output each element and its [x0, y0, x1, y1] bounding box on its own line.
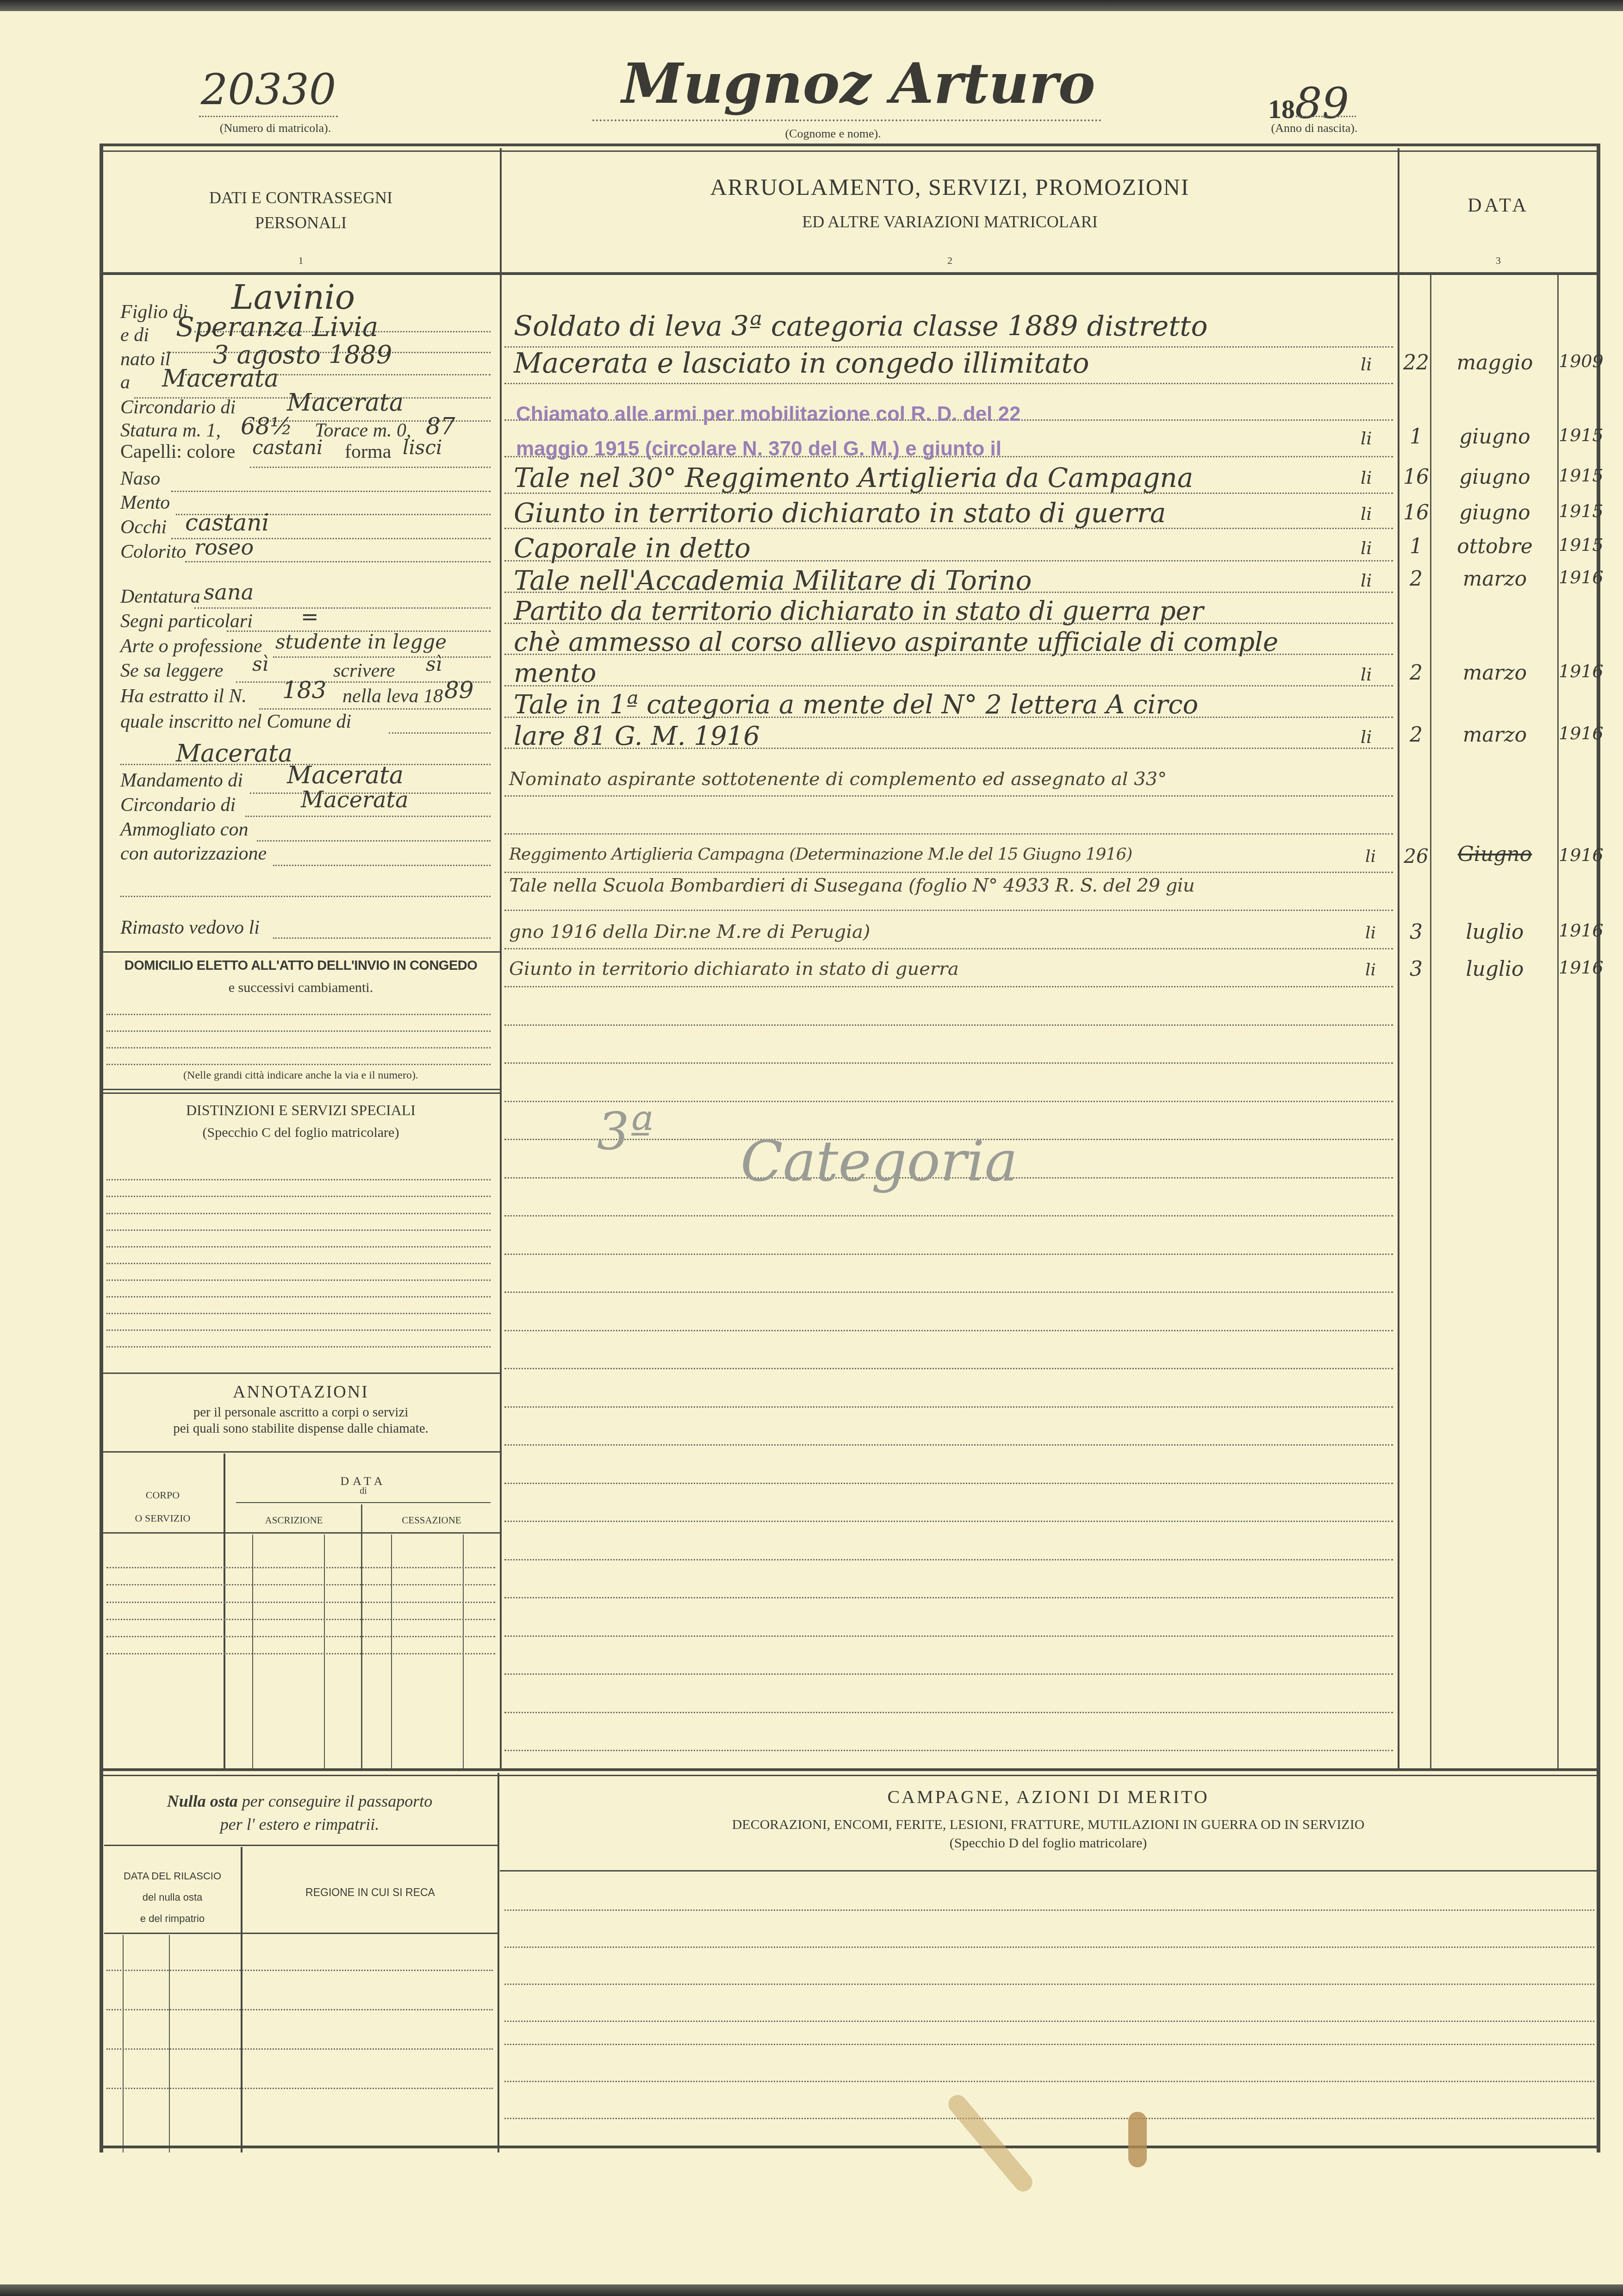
capelli-label: Capelli: colore [120, 441, 235, 463]
entry-text-line: Macerata e lasciato in congedo illimitat… [514, 347, 1089, 380]
entry-day: 2 [1402, 567, 1430, 591]
comune-line-1 [389, 732, 491, 734]
birth-year-suffix: 89 [1295, 79, 1349, 128]
entry-text-line: mento [514, 658, 597, 688]
ces-sub-2 [463, 1535, 464, 1768]
leva-value: 89 [444, 677, 474, 704]
capelli-forma-value: lisci [403, 436, 442, 459]
arte-label: Arte o professione [120, 635, 262, 657]
name-label: (Cognome e nome). [740, 127, 926, 141]
nulla-osta-body-top [104, 1933, 497, 1934]
torace-label: Torace m. 0, [315, 419, 411, 442]
campagne-note: (Specchio D del foglio matricolare) [500, 1835, 1597, 1851]
comune-value: Macerata [176, 740, 292, 767]
campagne-subtitle: DECORAZIONI, ENCOMI, FERITE, LESIONI, FR… [500, 1817, 1597, 1833]
estratto-label: Ha estratto il N. [120, 685, 247, 707]
entry-text-line: gno 1916 della Dir.ne M.re di Perugia) [509, 921, 870, 942]
distinzioni-subtitle: (Specchio C del foglio matricolare) [102, 1125, 500, 1141]
campagne-line-4 [504, 2021, 1594, 2022]
table-top-border [99, 143, 1599, 146]
leggere-label: Se sa leggere [120, 660, 223, 682]
campagne-line-6 [504, 2081, 1594, 2082]
entry-year: 1916 [1559, 845, 1597, 865]
circondario-label: Circondario di [120, 396, 236, 418]
entry-year: 1915 [1559, 465, 1597, 486]
domicilio-title: DOMICILIO ELETTO ALL'ATTO DELL'INVIO IN … [102, 958, 500, 973]
luogo-nascita-value: Macerata [162, 365, 279, 393]
scrivere-value: sì [426, 653, 442, 675]
nulla-osta-line-2 [106, 2009, 493, 2010]
annot-row-line-2 [106, 1584, 495, 1585]
distinzioni-line-8 [106, 1296, 491, 1298]
nulla-osta-header-border [104, 1845, 497, 1846]
mento-label: Mento [120, 492, 170, 514]
annot-row-line-4 [106, 1619, 495, 1620]
entry-year: 1915 [1559, 535, 1597, 555]
soldier-name: Mugnoz Arturo [592, 51, 1125, 116]
matricola-label: (Numero di matricola). [199, 121, 352, 135]
entry-day: 1 [1402, 425, 1430, 449]
estratto-value: 183 [282, 677, 326, 704]
circondario2-label: Circondario di [120, 794, 236, 816]
distinzioni-title: DISTINZIONI E SERVIZI SPECIALI [102, 1102, 500, 1119]
data-rilascio-line1: DATA DEL RILASCIO [104, 1865, 241, 1887]
entry-text-line: lare 81 G. M. 1916 [514, 721, 760, 751]
entry-text-line: Reggimento Artiglieria Campagna (Determi… [509, 845, 1132, 864]
entry-text-line: Caporale in detto [514, 532, 751, 564]
mandamento-label: Mandamento di [120, 769, 243, 792]
entry-day: 22 [1402, 351, 1430, 374]
circondario-value: Macerata [287, 389, 404, 417]
annot-row-line-3 [106, 1602, 495, 1603]
occhi-value: castani [185, 509, 269, 536]
domicilio-subtitle: e successivi cambiamenti. [102, 980, 500, 996]
campagne-line-1 [504, 1909, 1594, 1911]
lower-divider [497, 1773, 499, 2152]
nulla-osta-col-divider [241, 1847, 243, 2152]
birth-year-underline [1296, 116, 1356, 117]
statura-label: Statura m. 1, [120, 419, 221, 442]
entry-day: 2 [1402, 723, 1430, 747]
regione-header: REGIONE IN CUI SI RECA [243, 1886, 497, 1899]
entry-day: 16 [1402, 501, 1430, 524]
e-di-label: e di [120, 324, 149, 346]
colorito-value: roseo [194, 535, 254, 560]
distinzioni-top-border [102, 1089, 500, 1090]
entry-year: 1915 [1559, 501, 1597, 521]
entry-year: 1909 [1559, 351, 1597, 371]
campagne-header-border [500, 1870, 1597, 1872]
stamp-text-line: maggio 1915 (circolare N. 370 del G. M.)… [516, 437, 1001, 461]
domicilio-top-border [102, 951, 500, 953]
entry-li: li [1365, 847, 1376, 866]
entry-text-line: Giunto in territorio dichiarato in stato… [509, 958, 959, 980]
distinzioni-line-3 [106, 1213, 491, 1214]
entry-li: li [1361, 727, 1372, 747]
corpo-line1: CORPO [102, 1484, 224, 1507]
entry-day: 26 [1402, 845, 1430, 867]
campagne-line-5 [504, 2044, 1594, 2045]
entry-text-line: Soldato di leva 3ª categoria classe 1889… [514, 310, 1208, 343]
leggere-value: sì [252, 653, 268, 675]
col1-number: 1 [102, 255, 500, 267]
annotazioni-title: ANNOTAZIONI [102, 1382, 500, 1402]
domicilio-line-2 [106, 1030, 491, 1032]
domicilio-line-1 [106, 1014, 491, 1015]
ascrizione-header: ASCRIZIONE [227, 1515, 361, 1526]
forma-label: forma [345, 441, 391, 463]
dentatura-label: Dentatura [120, 586, 200, 608]
nulla-osta-line-4 [106, 2088, 493, 2089]
table-top-border-inner [99, 150, 1599, 152]
domicilio-note: (Nelle grandi città indicare anche la vi… [102, 1069, 500, 1082]
entry-day: 2 [1402, 661, 1430, 685]
ces-sub-1 [391, 1535, 392, 1768]
leva-label: nella leva 18 [342, 685, 443, 707]
dentatura-value: sana [204, 580, 254, 605]
matricola-underline [199, 116, 338, 117]
col3-title: DATA [1400, 194, 1597, 217]
colorito-label: Colorito [120, 541, 186, 563]
nulla-osta-line-1 [106, 1970, 493, 1971]
domicilio-line-3 [106, 1047, 491, 1048]
entry-month: marzo [1432, 661, 1557, 685]
name-underline [592, 119, 1101, 121]
distinzioni-line-6 [106, 1263, 491, 1264]
entry-li: li [1361, 354, 1372, 374]
nulla-osta-title-2: per l' estero e rimpatrii. [102, 1815, 497, 1834]
campagne-line-7 [504, 2118, 1594, 2119]
entry-text-line: Tale in 1ª categoria a mente del N° 2 le… [514, 690, 1198, 720]
table-bottom-border [99, 2146, 1599, 2148]
entry-day: 3 [1402, 920, 1430, 944]
data-rilascio-line2: del nulla osta [104, 1887, 241, 1908]
arte-line [273, 656, 491, 658]
entry-day: 3 [1402, 957, 1430, 981]
col1-col2-divider [500, 148, 502, 1768]
table-header-bottom-border [99, 272, 1599, 275]
entry-month: giugno [1432, 465, 1557, 489]
entry-month: giugno [1432, 425, 1557, 449]
campagne-title: CAMPAGNE, AZIONI DI MERITO [500, 1786, 1597, 1808]
capelli-line [250, 467, 491, 468]
entry-text-line: chè ammesso al corso allievo aspirante u… [514, 627, 1278, 657]
asc-sub-1 [252, 1535, 253, 1768]
table-left-border [99, 143, 103, 2152]
entry-month: luglio [1432, 920, 1557, 944]
annot-row-line-1 [106, 1567, 495, 1568]
col3-number: 3 [1400, 255, 1597, 267]
annotazioni-data-di: di [227, 1486, 500, 1497]
entry-year: 1916 [1559, 723, 1597, 743]
distinzioni-top-border-2 [102, 1092, 500, 1094]
entry-li: li [1361, 570, 1372, 591]
entry-li: li [1365, 961, 1376, 980]
distinzioni-line-9 [106, 1313, 491, 1314]
distinzioni-line-4 [106, 1229, 491, 1231]
entry-month: ottobre [1432, 535, 1557, 558]
domicilio-line-4 [106, 1064, 491, 1065]
entry-month: marzo [1432, 567, 1557, 591]
col1-header: DATI E CONTRASSEGNI PERSONALI [102, 185, 500, 235]
distinzioni-line-11 [106, 1346, 491, 1348]
entry-year: 1916 [1559, 661, 1597, 681]
nulla-osta-line-3 [106, 2048, 493, 2050]
naso-line [171, 491, 491, 492]
annotazioni-header-border [102, 1451, 500, 1453]
nulla-osta-rest: per conseguire il passaporto [242, 1792, 433, 1810]
entry-li: li [1361, 664, 1372, 685]
e-di-value: Speranza Livia [176, 311, 378, 343]
rilascio-sub-1 [123, 1935, 124, 2152]
vedovo-label: Rimasto vedovo li [120, 917, 260, 939]
scan-top-edge [0, 0, 1623, 11]
col2-number: 2 [502, 255, 1398, 267]
entry-text-line: Partito da territorio dichiarato in stat… [514, 596, 1203, 626]
annot-row-line-6 [106, 1653, 495, 1654]
estratto-line [259, 708, 491, 710]
blank-line [120, 896, 491, 897]
ammogliato-line [257, 840, 491, 842]
mandamento-value: Macerata [287, 761, 404, 789]
entry-month: Giugno [1432, 842, 1557, 866]
circondario2-value: Macerata [301, 787, 409, 813]
entry-year: 1915 [1559, 425, 1597, 445]
campagne-line-3 [504, 1984, 1594, 1985]
col2-title-line2: ED ALTRE VARIAZIONI MATRICOLARI [502, 212, 1398, 231]
distinzioni-line-10 [106, 1329, 491, 1331]
luogo-nascita-label: a [120, 371, 130, 393]
entry-text-line: Tale nell'Accademia Militare di Torino [514, 565, 1032, 596]
matricola-number: 20330 [199, 65, 338, 114]
entry-li: li [1361, 504, 1372, 524]
segni-label: Segni particolari [120, 610, 253, 632]
entry-year: 1916 [1559, 567, 1597, 587]
col1-title-line1: DATI E CONTRASSEGNI [102, 185, 500, 210]
data-brace [236, 1502, 491, 1503]
lower-top-border-2 [99, 1775, 1599, 1776]
scan-bottom-edge [0, 2284, 1623, 2296]
ammogliato-label: Ammogliato con [120, 818, 248, 841]
lower-top-border [99, 1768, 1599, 1771]
corpo-header: CORPO O SERVIZIO [102, 1484, 224, 1530]
stamp-text-line: Chiamato alle armi per mobilitazione col… [516, 403, 1021, 426]
rilascio-sub-2 [169, 1935, 170, 2152]
autorizzazione-line [273, 865, 491, 866]
nulla-osta-title-1: Nulla osta per conseguire il passaporto [102, 1791, 497, 1811]
entry-month: maggio [1432, 351, 1557, 374]
data-rilascio-header: DATA DEL RILASCIO del nulla osta e del r… [104, 1865, 241, 1929]
corpo-divider [224, 1454, 225, 1768]
entry-text-line: Tale nel 30° Reggimento Artiglieria da C… [514, 462, 1193, 493]
occhi-label: Occhi [120, 516, 167, 538]
entry-month: giugno [1432, 501, 1557, 524]
distinzioni-line-5 [106, 1246, 491, 1248]
data-rilascio-line3: e del rimpatrio [104, 1908, 241, 1929]
dentatura-line [194, 607, 491, 609]
annotazioni-top-border [102, 1373, 500, 1374]
entry-year: 1916 [1559, 920, 1597, 941]
vedovo-line [273, 937, 491, 939]
paper-stain-streak [945, 2091, 1036, 2196]
birth-year-label: (Anno di nascita). [1245, 121, 1384, 135]
entry-month: luglio [1432, 957, 1557, 981]
entry-month: marzo [1432, 723, 1557, 747]
naso-label: Naso [120, 468, 160, 490]
nulla-osta-emphasis: Nulla osta [167, 1792, 238, 1810]
segni-value: = [301, 604, 319, 629]
entry-li: li [1361, 428, 1372, 449]
distinzioni-line-1 [106, 1179, 491, 1180]
distinzioni-line-2 [106, 1196, 491, 1197]
circondario2-line [245, 816, 491, 817]
capelli-colore-value: castani [252, 436, 323, 459]
entry-text-line: Tale nella Scuola Bombardieri di Susegan… [509, 875, 1194, 896]
paper-stain-blot [1128, 2112, 1147, 2167]
pencil-word: Categoria [740, 1129, 1018, 1194]
comune-label: quale inscritto nel Comune di [120, 711, 351, 733]
scrivere-label: scrivere [333, 660, 395, 682]
entry-li: li [1365, 923, 1376, 942]
corpo-line2: O SERVIZIO [102, 1507, 224, 1530]
entry-li: li [1361, 468, 1372, 488]
entry-day: 16 [1402, 465, 1430, 489]
pencil-number: 3ª [597, 1102, 653, 1161]
annotazioni-body-top [102, 1532, 500, 1534]
campagne-line-2 [504, 1947, 1594, 1948]
birth-year: 1889 [1268, 79, 1349, 128]
col2-col3-divider [1398, 148, 1399, 1768]
date-month-divider [1557, 273, 1559, 1768]
entry-text-line: Giunto in territorio dichiarato in stato… [514, 497, 1166, 529]
date-day-divider [1430, 273, 1431, 1768]
annotazioni-line2: pei quali sono stabilite dispense dalle … [102, 1421, 500, 1436]
annotazioni-line1: per il personale ascritto a corpi o serv… [102, 1405, 500, 1420]
col2-title-line1: ARRUOLAMENTO, SERVIZI, PROMOZIONI [502, 174, 1398, 200]
distinzioni-line-7 [106, 1279, 491, 1281]
entry-year: 1916 [1559, 957, 1597, 978]
arte-value: studente in legge [275, 630, 447, 653]
autorizzazione-label: con autorizzazione [120, 842, 267, 865]
birth-year-prefix: 18 [1268, 94, 1295, 124]
colorito-line [185, 561, 491, 562]
entry-day: 1 [1402, 535, 1430, 558]
cessazione-header: CESSAZIONE [363, 1515, 500, 1526]
annot-row-line-5 [106, 1636, 495, 1637]
col1-title-line2: PERSONALI [102, 210, 500, 235]
entry-text-line: Nominato aspirante sottotenente di compl… [509, 768, 1167, 790]
entry-li: li [1361, 538, 1372, 558]
asc-sub-2 [324, 1535, 325, 1768]
